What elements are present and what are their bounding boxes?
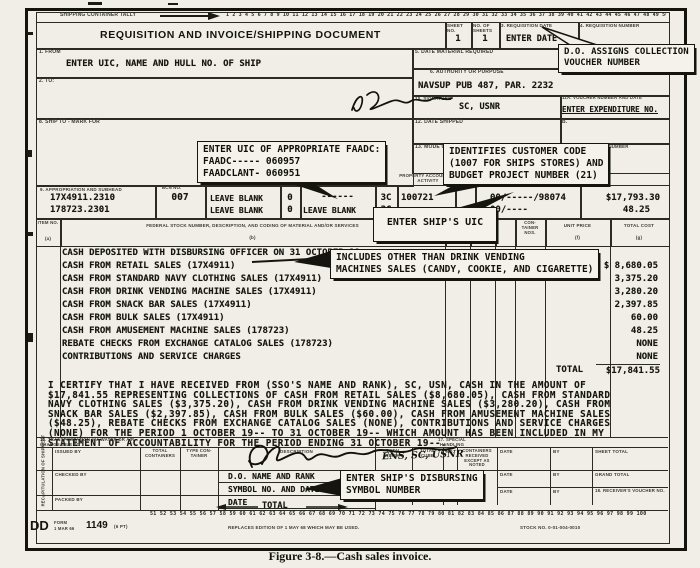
authority-value: NAVSUP PUB 487, PAR. 2232: [418, 81, 553, 91]
scan-artifact: [27, 232, 33, 236]
sheet-total-label: SHEET TOTAL: [595, 449, 628, 454]
type-container-header: TYPE CON-TAINER: [181, 449, 217, 459]
dashes-value: ------: [300, 192, 375, 202]
date-shipped-label: 12. DATE SHIPPED: [415, 120, 463, 126]
amount-1: $17,793.30: [585, 193, 660, 203]
faadc-callout: ENTER UIC OF APPROPRIATE FAADC: FAADC---…: [197, 141, 386, 183]
rule: [218, 447, 219, 510]
leave-blank-1b: LEAVE BLANK: [210, 206, 263, 215]
checked-by-label: CHECKED BY: [55, 472, 87, 477]
total-cost-letter: (g): [611, 235, 667, 240]
bcn-value: 007: [155, 192, 205, 203]
date-label-row1: DATE: [500, 449, 513, 454]
rule: [36, 495, 375, 496]
total-containers-header: TOTAL CONTAINERS: [141, 449, 179, 459]
container-col-header: CON-TAINER NOS.: [516, 221, 544, 236]
customer-code-callout: IDENTIFIES CUSTOMER CODE (1007 FOR SHIPS…: [443, 143, 609, 185]
scan-artifact: [27, 32, 33, 35]
symbol-no-date-label: SYMBOL NO. AND DATE: [228, 485, 320, 494]
item-col-header: ITEM NO.: [37, 221, 59, 226]
vending-callout: INCLUDES OTHER THAN DRINK VENDING MACHIN…: [330, 249, 599, 279]
form-date: 1 MAR 66: [54, 527, 74, 532]
item-col-letter: (a): [37, 236, 59, 241]
callout-line: FAADCLANT- 060951: [203, 168, 380, 180]
grand-total-label: GRAND TOTAL: [595, 472, 630, 477]
by-label-row2: BY: [553, 472, 560, 477]
total-label: TOTAL: [556, 365, 583, 375]
unit-price-letter: (f): [546, 235, 609, 240]
callout-line: VOUCHER NUMBER: [564, 58, 689, 69]
property-value: 100721: [401, 193, 434, 203]
form-pt: (6 PT): [114, 524, 128, 529]
scan-artifact: [88, 2, 102, 5]
bcn-label: BCN NO.: [162, 186, 182, 191]
table-row-desc: CASH FROM RETAIL SALES (17X4911): [62, 261, 235, 271]
table-row-amount: NONE: [595, 339, 658, 349]
authority-label: 6. AUTHORITY OR PURPOSE: [430, 70, 504, 76]
tally-numbers-top: 1 2 3 4 5 6 7 8 9 10 11 12 13 14 15 16 1…: [226, 12, 666, 18]
req-no-label: 4. REQUISITION NUMBER: [580, 23, 639, 28]
appropriation-line1: 17X4911.2310: [50, 193, 115, 203]
date-label-row2: DATE: [500, 472, 513, 477]
stock-number: STOCK NO. 0-01-004-0010: [520, 525, 580, 530]
receivers-voucher-label: 18. RECEIVER'S VOUCHER NO.: [595, 489, 665, 494]
scan-artifact: [168, 3, 178, 5]
disbursing-callout: ENTER SHIP'S DISBURSING SYMBOL NUMBER: [340, 470, 484, 500]
sheet-no-label: SHEET NO.: [447, 23, 469, 33]
callout-line: INCLUDES OTHER THAN DRINK VENDING: [336, 252, 593, 264]
hidden-col-3: [495, 218, 517, 247]
callout-line: (1007 FOR SHIPS STORES) AND: [449, 158, 603, 170]
description-header: DESCRIPTION: [218, 449, 375, 454]
signature-typed: SC, USNR: [459, 102, 500, 112]
callout-line: IDENTIFIES CUSTOMER CODE: [449, 146, 603, 158]
by-label-row1: BY: [553, 449, 560, 454]
date-label-row3: DATE: [500, 489, 513, 494]
table-row-amount: 3,280.20: [595, 287, 658, 297]
leave-blank-2: LEAVE BLANK: [303, 206, 356, 215]
ship-uic-callout: ENTER SHIP'S UIC: [373, 207, 497, 242]
figure-caption: Figure 3-8.—Cash sales invoice.: [0, 549, 700, 564]
callout-line: D.O. ASSIGNS COLLECTION: [564, 47, 689, 58]
appropriation-line2: 178723.2301: [50, 205, 110, 215]
date-typed-label: DATE: [228, 498, 247, 507]
leave-blank-1a: LEAVE BLANK: [210, 194, 263, 203]
appropriation-label: 9. APPROPRIATION AND SUBHEAD: [40, 187, 122, 192]
rule: [497, 447, 498, 505]
zero-2: 0: [280, 205, 300, 215]
table-row-desc: CASH FROM STANDARD NAVY CLOTHING SALES (…: [62, 274, 322, 284]
packed-by-label: PACKED BY: [55, 497, 83, 502]
signature-label: 10. SIGNATURE: [415, 96, 451, 101]
table-row-amount: $ 8,680.05: [595, 261, 658, 271]
special-handling-label: 17. SPECIAL HANDLING: [430, 438, 474, 448]
voucher-value: ENTER EXPENDITURE NO.: [562, 105, 658, 114]
form-number: 1149: [86, 520, 108, 531]
tally-strip-label: SHIPPING CONTAINER TALLY: [60, 13, 136, 19]
req-date-value: ENTER DATE: [506, 34, 557, 44]
do-name-rank-label: D.O. NAME AND RANK: [228, 472, 315, 481]
table-row-amount: 3,375.20: [595, 274, 658, 284]
rule: [592, 447, 593, 505]
dd-form-mark: DD: [30, 518, 49, 533]
req-date-label: 3. REQUISITION DATE: [501, 23, 552, 28]
replaces-note: REPLACES EDITION OF 1 MAY 68 WHICH MAY B…: [228, 525, 359, 530]
rule: [218, 508, 375, 509]
rule: [550, 447, 551, 505]
scan-artifact: [27, 150, 32, 157]
tally-numbers-bottom: 51 52 53 54 55 56 57 58 59 60 61 62 63 6…: [150, 511, 668, 517]
callout-line: BUDGET PROJECT NUMBER (21): [449, 170, 603, 182]
callout-line: FAADC----- 060957: [203, 156, 380, 168]
table-row-desc: CASH DEPOSITED WITH DISBURSING OFFICER O…: [62, 248, 371, 258]
containers-received-header: CONTAINERS RECEIVED EXCEPT AS NOTED: [459, 449, 495, 468]
zero-1: 0: [280, 193, 300, 203]
transportation-label: 15. TRANSPORTATION VIA WATER OR AIR CHAR…: [40, 438, 150, 448]
callout-line: ENTER SHIP'S DISBURSING: [346, 473, 478, 485]
sheet-no-value: 1: [445, 34, 471, 44]
unit-price-header: UNIT PRICE: [546, 223, 609, 228]
table-row-desc: CONTRIBUTIONS AND SERVICE CHARGES: [62, 352, 241, 362]
table-row-amount: 48.25: [595, 326, 658, 336]
total-cost-header: TOTAL COST: [611, 223, 667, 228]
table-row-amount: 2,397.85: [595, 300, 658, 310]
table-row-amount: 60.00: [595, 313, 658, 323]
callout-line: SYMBOL NUMBER: [346, 485, 478, 497]
total-value: $17,841.55: [596, 364, 660, 376]
code-3c-1: 3C: [375, 193, 397, 203]
table-row-amount: NONE: [595, 352, 658, 362]
from-value: ENTER UIC, NAME AND HULL NO. OF SHIP: [66, 59, 261, 69]
rule: [52, 447, 53, 510]
amount-2: 48.25: [585, 205, 650, 215]
by-label-row3: BY: [553, 489, 560, 494]
callout-line: ENTER UIC OF APPROPRIATE FAADC:: [203, 144, 380, 156]
scanned-form-page: { "colors": {"paper": "#f0eee7", "ink": …: [0, 0, 700, 568]
to-box: [36, 77, 414, 120]
ship-to-label: 8. SHIP TO - MARK FOR: [39, 120, 100, 126]
table-row-desc: REBATE CHECKS FROM EXCHANGE CATALOG SALE…: [62, 339, 333, 349]
sheets-label: NO. OF SHEETS: [473, 23, 497, 33]
table-row-desc: CASH FROM SNACK BAR SALES (17X4911): [62, 300, 252, 310]
table-row-desc: CASH FROM BULK SALES (17X4911): [62, 313, 225, 323]
issued-by-label: ISSUED BY: [55, 449, 81, 454]
bottom-total-label: TOTAL: [262, 501, 288, 511]
table-row-desc: CASH FROM AMUSEMENT MACHINE SALES (17872…: [62, 326, 290, 336]
callout-line: ENTER SHIP'S UIC: [379, 217, 491, 230]
from-label: 1. FROM: [39, 50, 61, 56]
voucher-b-label: B.: [562, 120, 567, 126]
form-title: REQUISITION AND INVOICE/SHIPPING DOCUMEN…: [36, 29, 445, 41]
recapitulation-label: RECAPITULATION OF SHIPMENT: [42, 446, 47, 506]
voucher-b-box: [560, 118, 670, 145]
table-row-desc: CASH FROM DRINK VENDING MACHINE SALES (1…: [62, 287, 317, 297]
callout-line: MACHINES SALES (CANDY, COOKIE, AND CIGAR…: [336, 264, 593, 276]
do-voucher-callout: D.O. ASSIGNS COLLECTION VOUCHER NUMBER: [558, 44, 695, 73]
scan-artifact: [28, 333, 33, 342]
voucher-label: 11A. VOUCHER NUMBER AND DATE: [562, 96, 642, 101]
sheets-value: 1: [471, 34, 499, 44]
doc-no-1: 00/-----/98074: [490, 193, 566, 203]
date-material-label: 5. DATE MATERIAL REQUIRED: [415, 50, 493, 56]
to-label: 2. TO:: [39, 79, 54, 85]
